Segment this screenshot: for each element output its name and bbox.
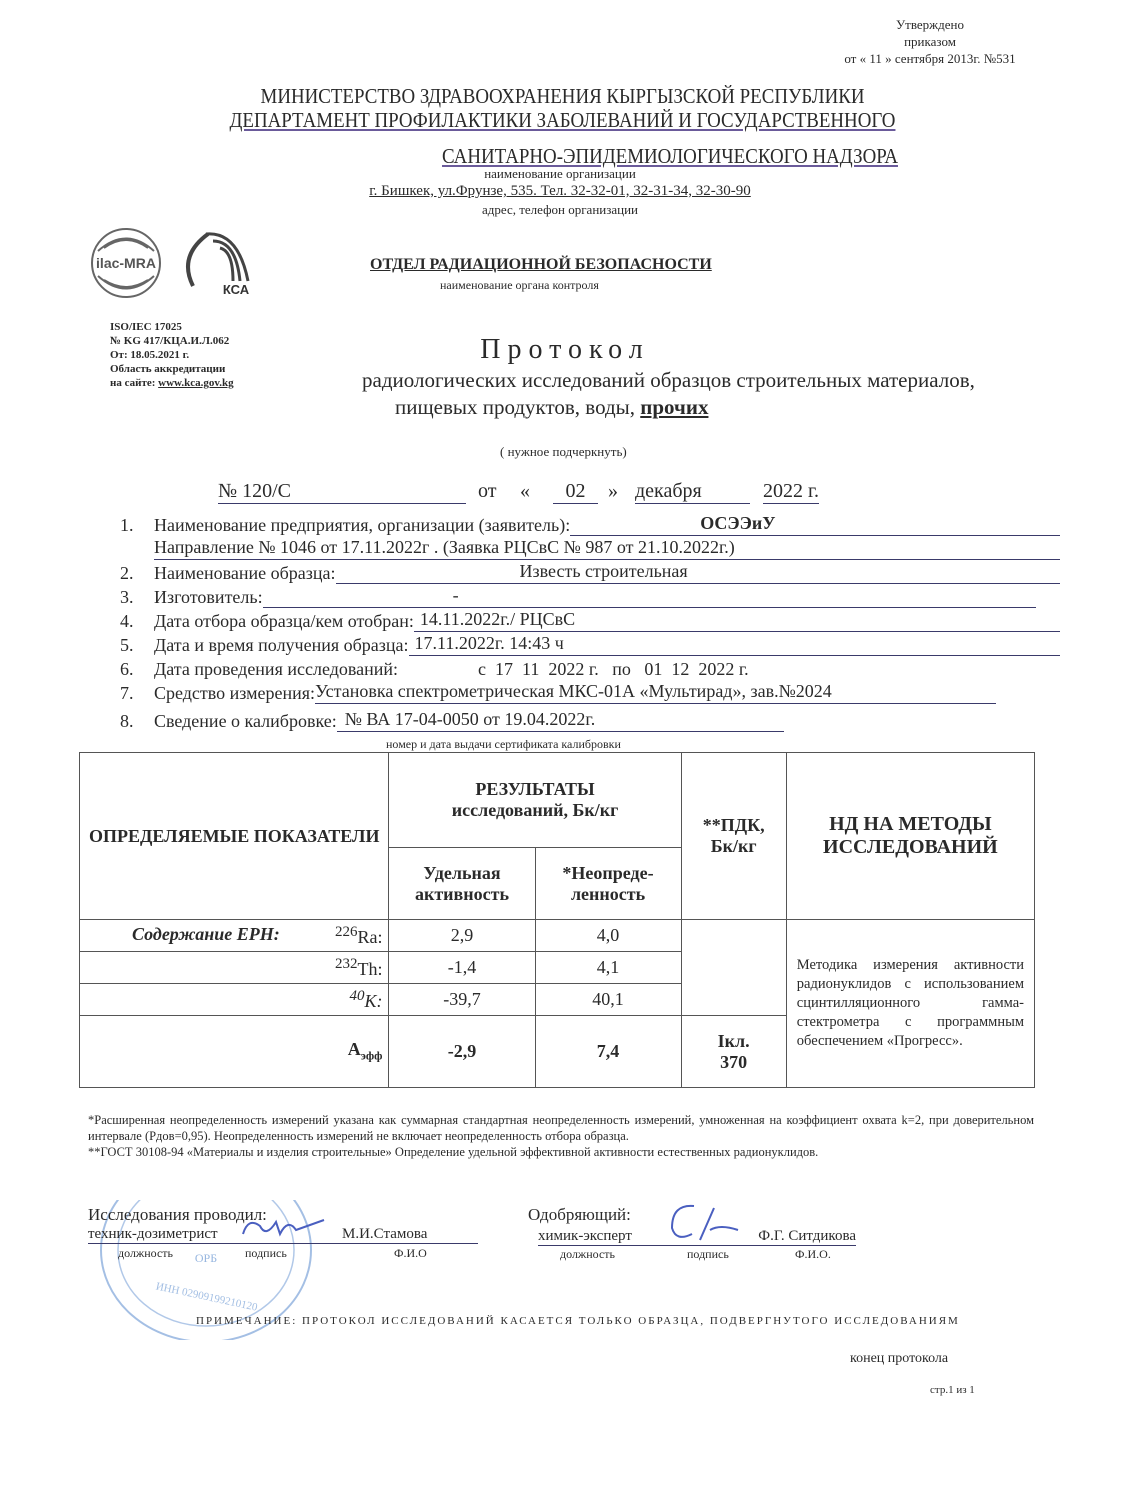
nuclide-name: Ra: xyxy=(357,927,382,947)
field-label: Средство измерения: xyxy=(154,683,315,704)
caption-fio: Ф.И.О. xyxy=(795,1247,831,1262)
field-value: с 17 11 2022 г. по 01 12 2022 г. xyxy=(398,659,1060,680)
accreditation-line: № KG 417/КЦА.И.Л.062 xyxy=(110,334,234,348)
field-manufacturer: 3. Изготовитель: - xyxy=(120,584,1060,608)
underline-hint: ( нужное подчеркнуть) xyxy=(500,444,627,460)
field-label: Дата и время получения образца: xyxy=(154,635,409,656)
control-body-name: ОТДЕЛ РАДИАЦИОННОЙ БЕЗОПАСНОСТИ xyxy=(370,256,712,274)
subtitle-text: пищевых продуктов, воды, xyxy=(395,395,640,419)
field-label: Изготовитель: xyxy=(154,587,263,608)
date-month-value: декабря xyxy=(635,480,750,504)
field-label: Сведение о калибровке: xyxy=(154,711,337,732)
accreditation-line: От: 18.05.2021 г. xyxy=(110,348,234,362)
date-year-value: 2022 г. xyxy=(763,480,819,504)
protocol-title: Протокол xyxy=(330,334,800,366)
pdk-value: 370 xyxy=(688,1052,780,1073)
protocol-subtitle: радиологических исследований образцов ст… xyxy=(362,368,975,393)
field-sample-name: 2. Наименование образца: Известь строите… xyxy=(120,560,1060,584)
header-pdk: **ПДК, Бк/кг xyxy=(681,753,786,920)
isotope-mass: 40 xyxy=(349,988,364,1004)
indicator-cell: 232Th: xyxy=(80,952,389,984)
header-results-title: РЕЗУЛЬТАТЫ xyxy=(395,779,674,800)
aeff-activity-cell: -2,9 xyxy=(389,1016,535,1088)
header-results-unit: исследований, Бк/кг xyxy=(395,800,674,821)
pdk-cell: Iкл. 370 xyxy=(681,1016,786,1088)
field-referral: Направление № 1046 от 17.11.2022г . (Зая… xyxy=(120,536,1060,560)
svg-text:ilac-MRA: ilac-MRA xyxy=(96,255,156,271)
caption-position: должность xyxy=(118,1246,173,1261)
department-text: ДЕПАРТАМЕНТ ПРОФИЛАКТИКИ ЗАБОЛЕВАНИЙ И Г… xyxy=(230,108,896,132)
header-nd: НД НА МЕТОДЫ ИССЛЕДОВАНИЙ xyxy=(786,753,1034,920)
indicator-cell: 40K: xyxy=(80,984,389,1016)
protocol-fields: 1. Наименование предприятия, организации… xyxy=(120,512,1060,732)
accreditation-logos: ilac-MRA КСА xyxy=(88,226,263,301)
site-prefix: на сайте: xyxy=(110,377,158,389)
approver-label: Одобряющий: xyxy=(528,1205,631,1225)
uncertainty-cell: 4,1 xyxy=(535,952,681,984)
caption-position: должность xyxy=(560,1247,615,1262)
address-caption: адрес, телефон организации xyxy=(330,202,790,218)
field-label: Наименование образца: xyxy=(154,563,336,584)
approval-block: Утверждено приказом от « 11 » сентября 2… xyxy=(800,16,1060,67)
ilac-mra-logo-icon: ilac-MRA КСА xyxy=(88,226,263,301)
field-value: 17.11.2022г. 14:43 ч xyxy=(409,633,1060,656)
accreditation-info: ISO/IEC 17025 № KG 417/КЦА.И.Л.062 От: 1… xyxy=(110,320,234,390)
nuclide-name: K: xyxy=(364,991,382,1011)
field-number: 4. xyxy=(120,611,154,632)
accreditation-site-link[interactable]: www.kca.gov.kg xyxy=(158,377,234,389)
footnote-uncertainty: *Расширенная неопределенность измерений … xyxy=(88,1112,1034,1144)
activity-cell: -39,7 xyxy=(389,984,535,1016)
protocol-note: ПРИМЕЧАНИЕ: ПРОТОКОЛ ИССЛЕДОВАНИЙ КАСАЕТ… xyxy=(196,1315,960,1327)
field-label: Дата проведения исследований: xyxy=(154,659,398,680)
uncertainty-cell: 40,1 xyxy=(535,984,681,1016)
field-number: 7. xyxy=(120,683,154,704)
footnote-gost: **ГОСТ 30108-94 «Материалы и изделия стр… xyxy=(88,1144,1034,1160)
field-number: 8. xyxy=(120,711,154,732)
field-number: 1. xyxy=(120,515,154,536)
org-caption: наименование организации xyxy=(330,166,790,182)
field-number: 5. xyxy=(120,635,154,656)
aeff-uncertainty-cell: 7,4 xyxy=(535,1016,681,1088)
pdk-empty-cell xyxy=(681,920,786,1016)
isotope-mass: 226 xyxy=(335,924,358,940)
approver-signature-icon xyxy=(664,1200,744,1246)
performer-signature-icon xyxy=(238,1212,328,1244)
field-value: Известь строительная xyxy=(336,561,1060,584)
approval-line: от « 11 » сентября 2013г. №531 xyxy=(800,50,1060,67)
footnotes: *Расширенная неопределенность измерений … xyxy=(88,1112,1034,1160)
date-from: от xyxy=(478,480,496,503)
svg-text:ИНН 02909199210120: ИНН 02909199210120 xyxy=(155,1280,259,1313)
field-value: Направление № 1046 от 17.11.2022г . (Зая… xyxy=(154,537,1060,560)
protocol-number: № 120/С xyxy=(218,480,466,504)
approver-line: химик-эксперт Ф.Г. Ситдикова xyxy=(538,1228,856,1246)
field-number: 2. xyxy=(120,563,154,584)
approver-name: Ф.Г. Ситдикова xyxy=(758,1228,856,1245)
department-text-2: САНИТАРНО-ЭПИДЕМИОЛОГИЧЕСКОГО НАДЗОРА xyxy=(442,144,898,168)
date-day-value: 02 xyxy=(553,480,598,504)
approval-line: приказом xyxy=(800,33,1060,50)
pdk-class: Iкл. xyxy=(688,1031,780,1052)
aeff-label: A xyxy=(348,1039,361,1059)
field-applicant: 1. Наименование предприятия, организации… xyxy=(120,512,1060,536)
field-number: 6. xyxy=(120,659,154,680)
field-value: 14.11.2022г./ РЦСвС xyxy=(414,609,1060,632)
field-receipt-date: 5. Дата и время получения образца: 17.11… xyxy=(120,632,1060,656)
field-value: Установка спектрометрическая МКС-01А «Му… xyxy=(315,681,996,704)
control-body-caption: наименование органа контроля xyxy=(440,278,599,293)
field-value: № ВА 17-04-0050 от 19.04.2022г. xyxy=(337,709,784,732)
header-indicators: ОПРЕДЕЛЯЕМЫЕ ПОКАЗАТЕЛИ xyxy=(80,753,389,920)
ministry-title: МИНИСТЕРСТВО ЗДРАВООХРАНЕНИЯ КЫРГЫЗСКОЙ … xyxy=(56,84,1069,108)
page-number: стр.1 из 1 xyxy=(930,1384,975,1396)
uncertainty-cell: 4,0 xyxy=(535,920,681,952)
accreditation-line: ISO/IEC 17025 xyxy=(110,320,234,334)
accreditation-line: на сайте: www.kca.gov.kg xyxy=(110,376,234,390)
address-text: г. Бишкек, ул.Фрунзе, 535. Тел. 32-32-01… xyxy=(369,183,751,199)
field-value: - xyxy=(263,585,1036,608)
date-day: 02 xyxy=(553,480,598,504)
date-lquote: « xyxy=(520,480,530,503)
header-results: РЕЗУЛЬТАТЫ исследований, Бк/кг xyxy=(389,753,681,848)
activity-cell: 2,9 xyxy=(389,920,535,952)
header-uncertainty: *Неопреде-ленность xyxy=(535,848,681,920)
field-instrument: 7. Средство измерения: Установка спектро… xyxy=(120,680,1060,704)
field-label: Наименование предприятия, организации (з… xyxy=(154,515,570,536)
aeff-sub: эфф xyxy=(361,1049,383,1063)
protocol-end: конец протокола xyxy=(850,1351,948,1367)
accreditation-line: Область аккредитации xyxy=(110,362,234,376)
group-label: Содержание ЕРН: xyxy=(132,924,280,945)
table-row: Содержание ЕРН: 226Ra: 2,9 4,0 Методика … xyxy=(80,920,1035,952)
date-rquote: » xyxy=(608,480,618,503)
svg-text:КСА: КСА xyxy=(223,282,250,297)
protocol-number-value: № 120/С xyxy=(218,480,466,504)
field-calibration: 8. Сведение о калибровке: № ВА 17-04-005… xyxy=(120,704,1060,732)
nuclide-name: Th: xyxy=(357,959,382,979)
approval-line: Утверждено xyxy=(800,16,1060,33)
field-research-dates: 6. Дата проведения исследований: с 17 11… xyxy=(120,656,1060,680)
date-month: декабря xyxy=(635,480,750,504)
svg-text:ОРБ: ОРБ xyxy=(195,1251,217,1265)
org-address: г. Бишкек, ул.Фрунзе, 535. Тел. 32-32-01… xyxy=(300,183,820,200)
isotope-mass: 232 xyxy=(335,956,358,972)
field-value: ОСЭЭиУ xyxy=(570,513,1060,536)
field-label: Дата отбора образца/кем отобран: xyxy=(154,611,414,632)
caption-fio: Ф.И.О xyxy=(394,1246,427,1261)
calibration-caption: номер и дата выдачи сертификата калибров… xyxy=(386,737,621,752)
header-activity: Удельная активность xyxy=(389,848,535,920)
caption-signature: подпись xyxy=(245,1246,287,1261)
aeff-label-cell: Aэфф xyxy=(80,1016,389,1088)
protocol-subtitle-2: пищевых продуктов, воды, прочих xyxy=(395,395,708,420)
indicator-cell: Содержание ЕРН: 226Ra: xyxy=(80,920,389,952)
subtitle-selected: прочих xyxy=(640,395,708,419)
field-sampling-date: 4. Дата отбора образца/кем отобран: 14.1… xyxy=(120,608,1060,632)
date-year: 2022 г. xyxy=(763,480,819,504)
approver-position: химик-эксперт xyxy=(538,1228,632,1244)
method-cell: Методика измерения активности радионукли… xyxy=(786,920,1034,1088)
performer-name: М.И.Стамова xyxy=(342,1226,427,1243)
performer-position: техник-дозиметрист xyxy=(88,1226,218,1242)
performer-line: техник-дозиметрист М.И.Стамова xyxy=(88,1226,478,1244)
activity-cell: -1,4 xyxy=(389,952,535,984)
results-table: ОПРЕДЕЛЯЕМЫЕ ПОКАЗАТЕЛИ РЕЗУЛЬТАТЫ иссле… xyxy=(79,752,1035,1088)
field-number: 3. xyxy=(120,587,154,608)
department-title: ДЕПАРТАМЕНТ ПРОФИЛАКТИКИ ЗАБОЛЕВАНИЙ И Г… xyxy=(56,108,1069,132)
caption-signature: подпись xyxy=(687,1247,729,1262)
